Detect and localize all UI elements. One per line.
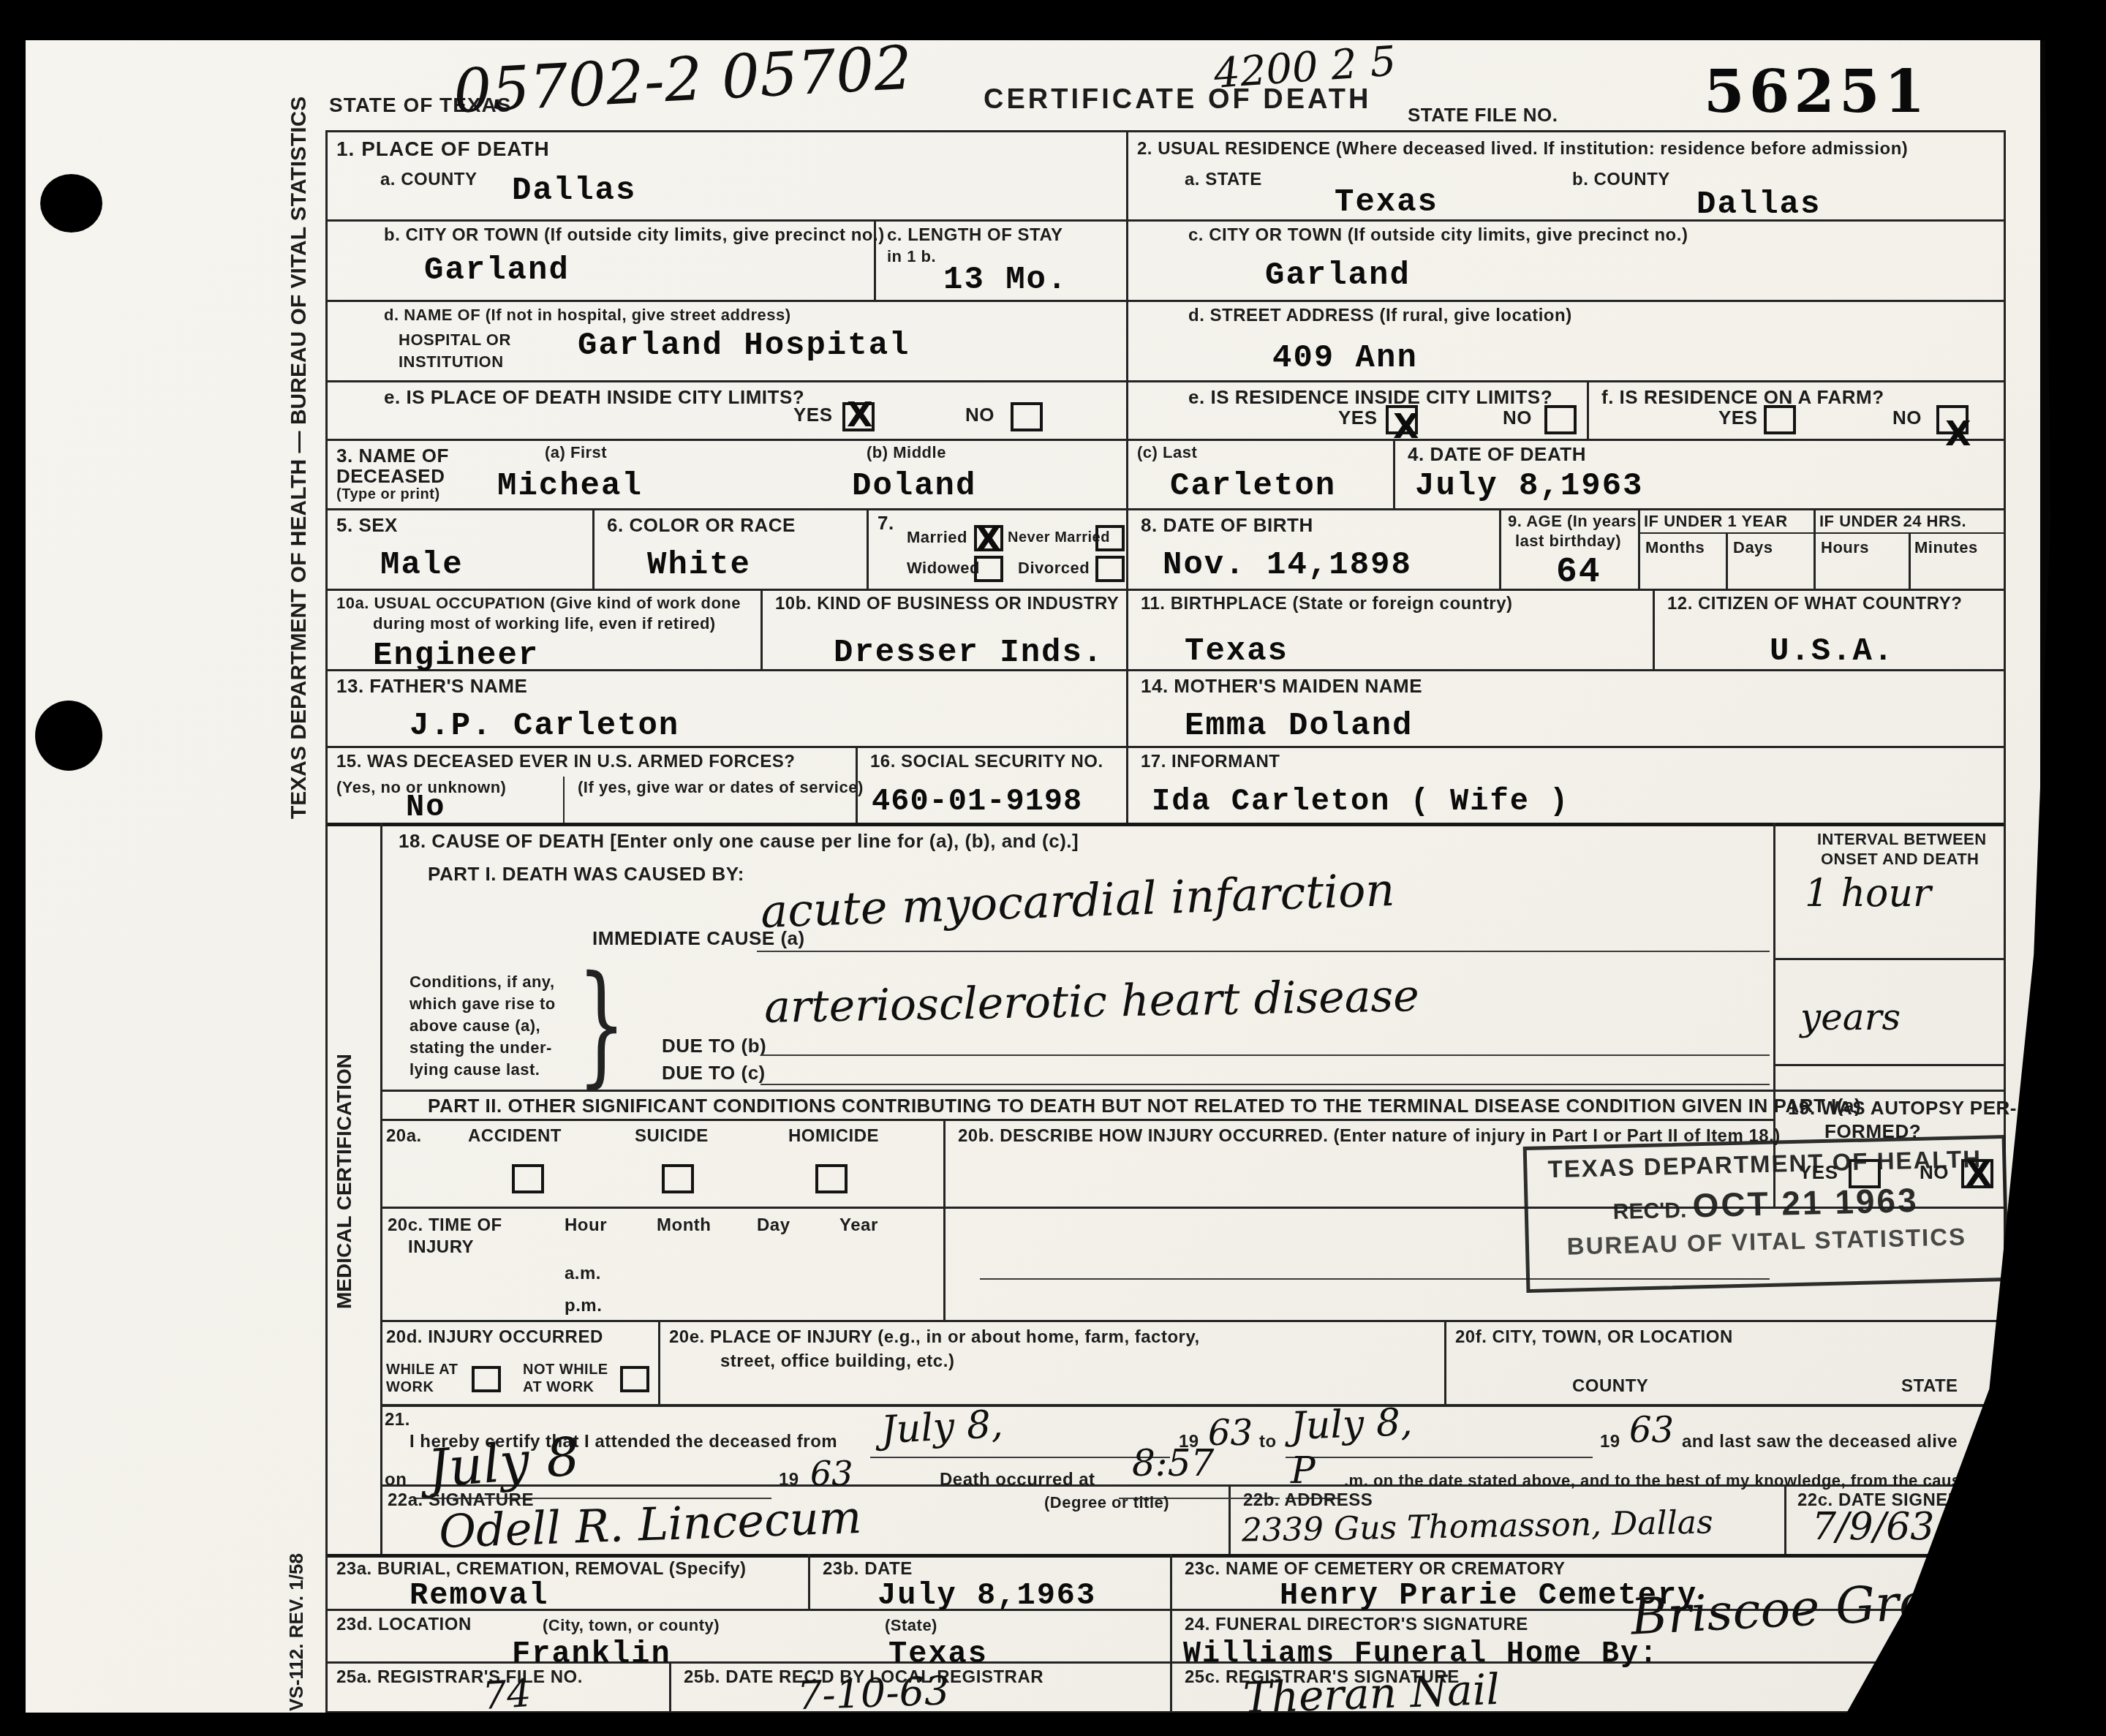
residence-state-value: Texas xyxy=(1335,184,1438,221)
residence-county-label: b. COUNTY xyxy=(1572,170,1670,190)
writing-line xyxy=(757,951,1770,952)
armed-forces-label: 15. WAS DECEASED EVER IN U.S. ARMED FORC… xyxy=(336,752,795,772)
grid-line xyxy=(1726,532,1728,589)
marital-label: 7. xyxy=(877,512,894,535)
margin-form-number: VS-112. REV. 1/58 xyxy=(285,1506,308,1711)
location-label: 23d. LOCATION xyxy=(336,1615,472,1635)
farm-no-label: NO xyxy=(1892,407,1922,429)
hours-label: Hours xyxy=(1821,538,1869,557)
date-of-birth-label: 8. DATE OF BIRTH xyxy=(1141,514,1313,537)
scan-border-bottom xyxy=(0,1713,2106,1736)
age-value: 64 xyxy=(1556,553,1601,592)
grid-line xyxy=(325,589,2004,591)
state-file-no-label: STATE FILE NO. xyxy=(1408,104,1558,127)
grid-line xyxy=(1228,1484,1231,1554)
length-of-stay-label: c. LENGTH OF STAY xyxy=(887,225,1063,246)
part2-label: PART II. OTHER SIGNIFICANT CONDITIONS CO… xyxy=(428,1095,1861,1117)
name-title2: DECEASED xyxy=(336,465,445,488)
death-ampm: P xyxy=(1291,1449,1316,1492)
last-name-label: (c) Last xyxy=(1137,443,1197,462)
while-at-work-label1: WHILE AT xyxy=(386,1362,458,1378)
cause-of-death-label: 18. CAUSE OF DEATH [Enter only one cause… xyxy=(399,830,1079,853)
while-at-work-checkbox xyxy=(472,1366,501,1392)
name-title1: 3. NAME OF xyxy=(336,445,449,467)
grid-line xyxy=(325,508,2004,510)
grid-line xyxy=(943,1119,946,1320)
certify-on: on xyxy=(385,1470,407,1490)
suicide-label: SUICIDE xyxy=(635,1126,709,1147)
armed-forces-value: No xyxy=(406,790,445,825)
place-of-death-title: 1. PLACE OF DEATH xyxy=(336,137,550,161)
residence-limits-no-label: NO xyxy=(1503,407,1532,429)
married-mark: X xyxy=(975,519,1001,559)
grid-line xyxy=(325,300,2004,302)
under-24-hrs-label: IF UNDER 24 HRS. xyxy=(1819,512,1966,531)
length-of-stay-value: 13 Mo. xyxy=(943,262,1068,298)
grid-line xyxy=(325,130,2004,132)
punch-hole-bottom xyxy=(35,701,102,771)
grid-line xyxy=(1393,439,1395,508)
divorced-label: Divorced xyxy=(1018,559,1090,578)
conditions-text-1: Conditions, if any, xyxy=(409,973,555,992)
conditions-text-3: above cause (a), xyxy=(409,1016,540,1035)
interval-label2: ONSET AND DEATH xyxy=(1821,850,1979,869)
margin-department-text: TEXAS DEPARTMENT OF HEALTH — BUREAU OF V… xyxy=(287,293,312,819)
grid-line xyxy=(380,1320,2004,1322)
grid-line xyxy=(1126,130,1128,823)
certify-to: to xyxy=(1259,1432,1277,1452)
occupation-label2: during most of working life, even if ret… xyxy=(373,614,716,633)
grid-line xyxy=(325,380,2004,382)
grid-line xyxy=(325,746,2004,748)
divorced-checkbox xyxy=(1095,556,1125,582)
part1-label: PART I. DEATH WAS CAUSED BY: xyxy=(428,863,744,886)
occupation-label1: 10a. USUAL OCCUPATION (Give kind of work… xyxy=(336,594,741,613)
not-while-checkbox xyxy=(620,1366,649,1392)
place-county-value: Dallas xyxy=(512,173,636,209)
injury-20c-label1: 20c. TIME OF xyxy=(388,1215,502,1236)
father-name-value: J.P. Carleton xyxy=(409,708,679,744)
grid-line xyxy=(325,130,328,1713)
race-value: White xyxy=(647,547,751,584)
ssn-label: 16. SOCIAL SECURITY NO. xyxy=(870,752,1103,772)
residence-county-value: Dallas xyxy=(1696,186,1821,223)
grid-line xyxy=(867,508,869,589)
writing-line xyxy=(760,1054,1770,1056)
death-occurred-label: Death occurred at xyxy=(940,1470,1095,1490)
grid-line xyxy=(325,1554,2004,1558)
pm-label: p.m. xyxy=(565,1296,602,1316)
homicide-checkbox xyxy=(815,1164,848,1193)
registrar-date-value: 7-10-63 xyxy=(796,1667,950,1718)
grid-line xyxy=(1499,508,1501,589)
mother-name-value: Emma Doland xyxy=(1185,708,1413,744)
place-limits-label: e. IS PLACE OF DEATH INSIDE CITY LIMITS? xyxy=(384,386,804,409)
place-county-label: a. COUNTY xyxy=(380,170,478,190)
hospital-label2: HOSPITAL OR xyxy=(399,331,511,350)
grid-line xyxy=(325,669,2004,671)
place-limits-yes-label: YES xyxy=(793,404,833,426)
residence-limits-label: e. IS RESIDENCE INSIDE CITY LIMITS? xyxy=(1188,386,1552,409)
location-state-value: Texas xyxy=(888,1637,988,1672)
month-label: Month xyxy=(657,1215,711,1236)
informant-label: 17. INFORMANT xyxy=(1141,752,1280,772)
injury-20c-label2: INJURY xyxy=(408,1237,474,1258)
conditions-text-4: stating the under- xyxy=(409,1038,552,1057)
injury-20e-label2: street, office building, etc.) xyxy=(720,1351,954,1372)
cemetery-label: 23c. NAME OF CEMETERY OR CREMATORY xyxy=(1185,1559,1566,1580)
hospital-value: Garland Hospital xyxy=(578,328,910,364)
residence-street-value: 409 Ann xyxy=(1272,340,1418,377)
funeral-director-label: 24. FUNERAL DIRECTOR'S SIGNATURE xyxy=(1185,1615,1528,1635)
stamp-date: OCT 21 1963 xyxy=(1692,1181,1919,1225)
due-to-b-label: DUE TO (b) xyxy=(662,1035,766,1057)
due-to-c-label: DUE TO (c) xyxy=(662,1062,766,1084)
grid-line xyxy=(1587,380,1589,439)
never-married-label: Never Married xyxy=(1008,529,1110,546)
ssn-value: 460-01-9198 xyxy=(872,784,1082,819)
date-signed-value: 7/9/63 xyxy=(1812,1505,1934,1549)
date-of-birth-value: Nov. 14,1898 xyxy=(1163,547,1412,584)
grid-line xyxy=(760,589,763,669)
industry-value: Dresser Inds. xyxy=(834,635,1103,671)
middle-name-label: (b) Middle xyxy=(867,443,946,462)
minutes-label: Minutes xyxy=(1914,538,1978,557)
age-label2: last birthday) xyxy=(1515,532,1621,551)
citizen-label: 12. CITIZEN OF WHAT COUNTRY? xyxy=(1667,594,1962,614)
grid-line xyxy=(325,823,2004,826)
to-year: 63 xyxy=(1629,1410,1674,1451)
father-name-label: 13. FATHER'S NAME xyxy=(336,675,527,698)
middle-name-value: Doland xyxy=(852,468,976,505)
grid-line xyxy=(1909,532,1911,589)
writing-line xyxy=(1286,1457,1593,1458)
months-label: Months xyxy=(1645,538,1705,557)
interval-label1: INTERVAL BETWEEN xyxy=(1817,830,1987,849)
residence-limits-yes-label: YES xyxy=(1338,407,1378,429)
stamp-line1: TEXAS DEPARTMENT OF HEALTH xyxy=(1527,1144,2003,1184)
place-limits-yes-mark: X xyxy=(847,395,872,434)
birthplace-value: Texas xyxy=(1185,633,1288,670)
state-file-number: 56251 xyxy=(1704,57,1929,126)
injury-20a-label: 20a. xyxy=(386,1126,422,1147)
place-limits-no-checkbox xyxy=(1011,402,1043,431)
grid-line xyxy=(1638,532,2004,534)
stamp-line3: BUREAU OF VITAL STATISTICS xyxy=(1529,1222,2005,1261)
injury-20d-label: 20d. INJURY OCCURRED xyxy=(386,1327,603,1348)
place-limits-no-label: NO xyxy=(965,404,994,426)
year-label: Year xyxy=(839,1215,878,1236)
sex-value: Male xyxy=(380,547,464,584)
day-label: Day xyxy=(757,1215,790,1236)
accident-checkbox xyxy=(512,1164,544,1193)
writing-line xyxy=(870,1457,1170,1458)
place-city-label: b. CITY OR TOWN (If outside city limits,… xyxy=(384,225,885,246)
location-city-sublabel: (City, town, or county) xyxy=(543,1616,720,1635)
writing-line xyxy=(760,1084,1770,1085)
injury-20e-label1: 20e. PLACE OF INJURY (e.g., in or about … xyxy=(669,1327,1200,1348)
grid-line xyxy=(1773,1064,2004,1066)
grid-line xyxy=(380,1404,2004,1407)
scan-border-left xyxy=(0,0,26,1736)
certify-text2: and last saw the deceased alive xyxy=(1682,1432,1958,1452)
registrar-file-label: 25a. REGISTRAR'S FILE NO. xyxy=(336,1667,583,1688)
conditions-text-2: which gave rise to xyxy=(409,995,556,1014)
residence-street-label: d. STREET ADDRESS (If rural, give locati… xyxy=(1188,306,1572,326)
citizen-value: U.S.A. xyxy=(1770,633,1894,670)
stamp-line2: REC'D. OCT 21 1963 xyxy=(1528,1178,2004,1229)
punch-hole-top xyxy=(40,174,102,233)
degree-or-title-label: (Degree or title) xyxy=(1044,1493,1169,1512)
injury-20f-label: 20f. CITY, TOWN, OR LOCATION xyxy=(1455,1327,1733,1348)
place-city-value: Garland xyxy=(424,252,570,289)
last-name-value: Carleton xyxy=(1170,468,1336,505)
death-time: 8:57 xyxy=(1132,1442,1214,1484)
certify-text3: .m. on the date stated above, and to the… xyxy=(1344,1471,2039,1490)
hospital-label: d. NAME OF (If not in hospital, give str… xyxy=(384,306,791,325)
married-label: Married xyxy=(907,528,967,547)
farm-no-mark: X xyxy=(1945,414,1971,453)
mother-name-label: 14. MOTHER'S MAIDEN NAME xyxy=(1141,675,1422,698)
scanned-death-certificate: STATE OF TEXAS 05702-2 05702 CERTIFICATE… xyxy=(0,0,2106,1736)
burial-date-value: July 8,1963 xyxy=(877,1578,1096,1613)
burial-date-label: 23b. DATE xyxy=(823,1559,913,1580)
days-label: Days xyxy=(1733,538,1773,557)
farm-label: f. IS RESIDENCE ON A FARM? xyxy=(1601,386,1884,409)
date-of-death-value: July 8,1963 xyxy=(1415,468,1643,505)
stamp-recd: REC'D. xyxy=(1612,1199,1686,1224)
grid-line xyxy=(563,777,565,823)
grid-line xyxy=(1444,1320,1446,1404)
interval-b-value: years xyxy=(1800,996,1901,1038)
while-at-work-label2: WORK xyxy=(386,1379,434,1396)
certify-number: 21. xyxy=(385,1410,410,1430)
widowed-checkbox xyxy=(974,556,1003,582)
burial-label: 23a. BURIAL, CREMATION, REMOVAL (Specify… xyxy=(336,1559,747,1580)
county-column-label: COUNTY xyxy=(1572,1376,1648,1397)
age-label1: 9. AGE (In years xyxy=(1508,512,1637,531)
homicide-label: HOMICIDE xyxy=(788,1126,879,1147)
race-label: 6. COLOR OR RACE xyxy=(607,514,796,537)
accident-label: ACCIDENT xyxy=(468,1126,562,1147)
grid-line xyxy=(1813,508,1816,589)
grid-line xyxy=(808,1554,810,1609)
suicide-checkbox xyxy=(662,1164,694,1193)
attended-to-date: July 8, xyxy=(1290,1400,1413,1449)
margin-medical-certification-text: MEDICAL CERTIFICATION xyxy=(333,995,356,1309)
from-year: 63 xyxy=(1208,1413,1253,1454)
registrar-file-value: 74 xyxy=(481,1672,532,1718)
grid-line xyxy=(1653,589,1655,669)
first-name-value: Micheal xyxy=(497,468,643,505)
residence-limits-yes-mark: X xyxy=(1393,407,1419,446)
location-state-sublabel: (State) xyxy=(885,1616,937,1635)
first-name-label: (a) First xyxy=(545,443,607,462)
grid-line xyxy=(1784,1484,1786,1554)
scan-border-top xyxy=(0,0,2106,40)
date-of-death-label: 4. DATE OF DEATH xyxy=(1408,443,1586,466)
grid-line xyxy=(380,1119,1773,1121)
length-of-stay-sublabel: in 1 b. xyxy=(887,247,936,266)
hospital-label3: INSTITUTION xyxy=(399,352,504,371)
residence-limits-no-checkbox xyxy=(1544,405,1577,434)
armed-forces-sub2: (If yes, give war or dates of service) xyxy=(578,778,864,797)
state-column-label: STATE xyxy=(1901,1376,1958,1397)
on-year: 63 xyxy=(810,1454,853,1493)
not-while-label1: NOT WHILE xyxy=(523,1362,608,1378)
grid-line xyxy=(325,439,2004,441)
burial-value: Removal xyxy=(409,1578,548,1613)
autopsy-label1: 19. WAS AUTOPSY PER- xyxy=(1788,1097,2017,1120)
received-stamp: TEXAS DEPARTMENT OF HEALTH REC'D. OCT 21… xyxy=(1523,1135,2009,1293)
address-22b-label: 22b. ADDRESS xyxy=(1243,1490,1373,1511)
certify-19b: 19 xyxy=(1600,1432,1620,1452)
sex-label: 5. SEX xyxy=(336,514,398,537)
am-label: a.m. xyxy=(565,1264,601,1284)
certify-19c: 19 xyxy=(779,1470,799,1490)
grid-line xyxy=(1638,508,1640,589)
residence-city-label: c. CITY OR TOWN (If outside city limits,… xyxy=(1188,225,1688,246)
industry-label: 10b. KIND OF BUSINESS OR INDUSTRY xyxy=(775,594,1119,614)
grid-line xyxy=(380,823,382,1554)
grid-line xyxy=(1170,1554,1172,1711)
conditions-brace: } xyxy=(577,949,626,1102)
occupation-value: Engineer xyxy=(373,638,539,674)
residence-state-label: a. STATE xyxy=(1185,170,1262,190)
farm-yes-label: YES xyxy=(1718,407,1758,429)
conditions-text-5: lying cause last. xyxy=(409,1060,540,1079)
never-married-checkbox xyxy=(1095,525,1125,551)
funeral-home-value: Williams Funeral Home By: xyxy=(1183,1638,1658,1671)
farm-yes-checkbox xyxy=(1764,405,1796,434)
hour-label: Hour xyxy=(565,1215,607,1236)
birthplace-label: 11. BIRTHPLACE (State or foreign country… xyxy=(1141,594,1513,614)
under-1-year-label: IF UNDER 1 YEAR xyxy=(1644,512,1788,531)
location-city-value: Franklin xyxy=(512,1637,671,1672)
informant-value: Ida Carleton ( Wife ) xyxy=(1152,784,1569,819)
not-while-label2: AT WORK xyxy=(523,1379,595,1396)
name-title3: (Type or print) xyxy=(336,486,440,503)
interval-a-value: 1 hour xyxy=(1805,872,1931,916)
residence-city-value: Garland xyxy=(1265,257,1411,294)
grid-line xyxy=(1773,958,2004,960)
attended-from-date: July 8, xyxy=(880,1403,1004,1453)
grid-line xyxy=(592,508,595,589)
residence-title: 2. USUAL RESIDENCE (Where deceased lived… xyxy=(1137,139,1908,159)
grid-line xyxy=(658,1320,660,1404)
widowed-label: Widowed xyxy=(907,559,980,578)
